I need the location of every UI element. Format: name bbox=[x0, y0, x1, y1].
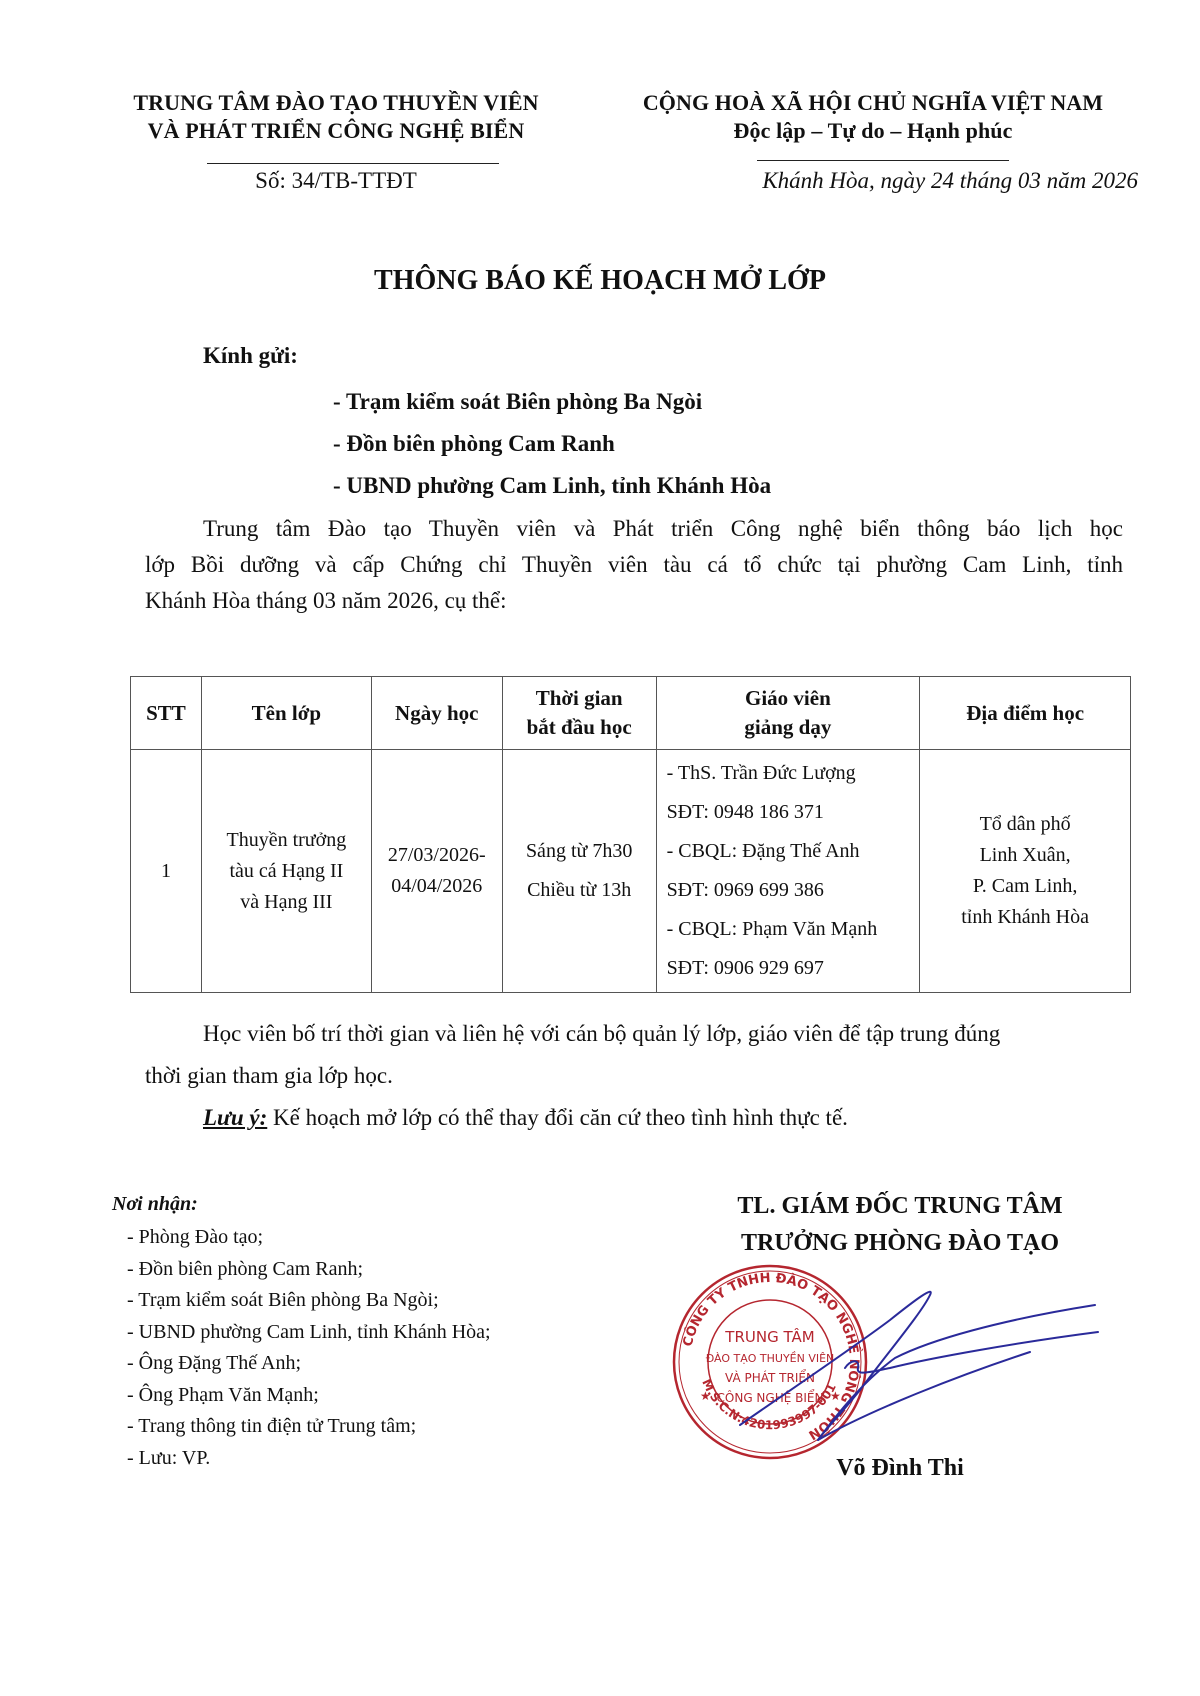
note: Lưu ý: Kế hoạch mở lớp có thể thay đổi c… bbox=[203, 1100, 848, 1136]
teacher-phone: SĐT: 0969 699 386 bbox=[667, 871, 914, 910]
cell-location: Tổ dân phố Linh Xuân, P. Cam Linh, tỉnh … bbox=[920, 750, 1131, 993]
distribution-item: - Phòng Đào tạo; bbox=[127, 1222, 491, 1254]
location-line: Tổ dân phố bbox=[926, 809, 1124, 840]
table-header-row: STT Tên lớp Ngày học Thời gian bắt đầu h… bbox=[131, 677, 1131, 750]
start-time-morning: Sáng từ 7h30 bbox=[509, 832, 650, 871]
distribution-label: Nơi nhận: bbox=[112, 1193, 198, 1216]
date-start: 27/03/2026- bbox=[378, 840, 496, 871]
header-start-time: Thời gian bắt đầu học bbox=[502, 677, 656, 750]
header-start-time-l2: bắt đầu học bbox=[509, 713, 650, 742]
nation-name: CỘNG HOÀ XÃ HỘI CHỦ NGHĨA VIỆT NAM bbox=[608, 89, 1138, 117]
header-teachers-l1: Giáo viên bbox=[663, 684, 914, 713]
signer-name: Võ Đình Thi bbox=[780, 1450, 1020, 1487]
org-name: TRUNG TÂM ĐÀO TẠO THUYỀN VIÊN VÀ PHÁT TR… bbox=[100, 89, 572, 145]
teacher-name: - CBQL: Phạm Văn Mạnh bbox=[667, 910, 914, 949]
teacher-name: - CBQL: Đặng Thế Anh bbox=[667, 832, 914, 871]
closing-paragraph: Học viên bố trí thời gian và liên hệ với… bbox=[145, 1013, 1123, 1097]
intro-line-2: lớp Bồi dưỡng và cấp Chứng chỉ Thuyền vi… bbox=[145, 547, 1123, 583]
closing-line-2: thời gian tham gia lớp học. bbox=[145, 1055, 1123, 1097]
recipient-1: - Trạm kiểm soát Biên phòng Ba Ngòi bbox=[333, 389, 702, 415]
cell-teachers: - ThS. Trần Đức Lượng SĐT: 0948 186 371 … bbox=[656, 750, 920, 993]
intro-paragraph: Trung tâm Đào tạo Thuyền viên và Phát tr… bbox=[145, 511, 1123, 619]
location-line: P. Cam Linh, bbox=[926, 871, 1124, 902]
header-class-name: Tên lớp bbox=[201, 677, 371, 750]
header-stt: STT bbox=[131, 677, 202, 750]
signature-block: TL. GIÁM ĐỐC TRUNG TÂM TRƯỞNG PHÒNG ĐÀO … bbox=[660, 1188, 1140, 1262]
intro-line-3: Khánh Hòa tháng 03 năm 2026, cụ thể: bbox=[145, 583, 1123, 619]
signature-title-1: TL. GIÁM ĐỐC TRUNG TÂM bbox=[660, 1188, 1140, 1225]
schedule-table: STT Tên lớp Ngày học Thời gian bắt đầu h… bbox=[130, 676, 1131, 993]
org-name-line1: TRUNG TÂM ĐÀO TẠO THUYỀN VIÊN bbox=[100, 89, 572, 117]
header-dates: Ngày học bbox=[371, 677, 502, 750]
distribution-item: - Ông Phạm Văn Mạnh; bbox=[127, 1380, 491, 1412]
org-underline bbox=[207, 163, 499, 164]
page-title: THÔNG BÁO KẾ HOẠCH MỞ LỚP bbox=[0, 265, 1200, 297]
header-teachers-l2: giảng dạy bbox=[663, 713, 914, 742]
class-name-line: Thuyền trưởng bbox=[208, 825, 365, 856]
closing-line-1: Học viên bố trí thời gian và liên hệ với… bbox=[145, 1013, 1123, 1055]
cell-start-time: Sáng từ 7h30 Chiều từ 13h bbox=[502, 750, 656, 993]
note-text: Kế hoạch mở lớp có thể thay đổi căn cứ t… bbox=[267, 1105, 848, 1130]
signature-title-2: TRƯỞNG PHÒNG ĐÀO TẠO bbox=[660, 1225, 1140, 1262]
recipient-2: - Đồn biên phòng Cam Ranh bbox=[333, 431, 615, 457]
document-number: Số: 34/TB-TTĐT bbox=[100, 168, 572, 194]
distribution-item: - Trạm kiểm soát Biên phòng Ba Ngòi; bbox=[127, 1285, 491, 1317]
distribution-item: - Ông Đặng Thế Anh; bbox=[127, 1348, 491, 1380]
location-line: Linh Xuân, bbox=[926, 840, 1124, 871]
recipient-3: - UBND phường Cam Linh, tỉnh Khánh Hòa bbox=[333, 473, 771, 499]
distribution-item: - Trang thông tin điện tử Trung tâm; bbox=[127, 1411, 491, 1443]
org-name-line2: VÀ PHÁT TRIỂN CÔNG NGHỆ BIỂN bbox=[100, 117, 572, 145]
cell-stt: 1 bbox=[131, 750, 202, 993]
start-time-afternoon: Chiều từ 13h bbox=[509, 871, 650, 910]
motto-underline bbox=[757, 160, 1009, 161]
handwritten-signature-icon bbox=[700, 1280, 1120, 1450]
distribution-list: - Phòng Đào tạo; - Đồn biên phòng Cam Ra… bbox=[127, 1222, 491, 1474]
table-row: 1 Thuyền trưởng tàu cá Hạng II và Hạng I… bbox=[131, 750, 1131, 993]
note-label: Lưu ý: bbox=[203, 1105, 267, 1130]
distribution-item: - Đồn biên phòng Cam Ranh; bbox=[127, 1254, 491, 1286]
date-end: 04/04/2026 bbox=[378, 871, 496, 902]
teacher-name: - ThS. Trần Đức Lượng bbox=[667, 754, 914, 793]
header-teachers: Giáo viên giảng dạy bbox=[656, 677, 920, 750]
greeting: Kính gửi: bbox=[203, 343, 298, 369]
distribution-item: - Lưu: VP. bbox=[127, 1443, 491, 1475]
teacher-phone: SĐT: 0948 186 371 bbox=[667, 793, 914, 832]
class-name-line: tàu cá Hạng II bbox=[208, 856, 365, 887]
cell-dates: 27/03/2026- 04/04/2026 bbox=[371, 750, 502, 993]
distribution-item: - UBND phường Cam Linh, tỉnh Khánh Hòa; bbox=[127, 1317, 491, 1349]
national-motto: CỘNG HOÀ XÃ HỘI CHỦ NGHĨA VIỆT NAM Độc l… bbox=[608, 89, 1138, 145]
header-start-time-l1: Thời gian bbox=[509, 684, 650, 713]
cell-class-name: Thuyền trưởng tàu cá Hạng II và Hạng III bbox=[201, 750, 371, 993]
intro-line-1: Trung tâm Đào tạo Thuyền viên và Phát tr… bbox=[145, 511, 1123, 547]
header-location: Địa điểm học bbox=[920, 677, 1131, 750]
teacher-phone: SĐT: 0906 929 697 bbox=[667, 949, 914, 988]
class-name-line: và Hạng III bbox=[208, 887, 365, 918]
motto: Độc lập – Tự do – Hạnh phúc bbox=[608, 117, 1138, 145]
place-date: Khánh Hòa, ngày 24 tháng 03 năm 2026 bbox=[608, 168, 1138, 194]
location-line: tỉnh Khánh Hòa bbox=[926, 902, 1124, 933]
